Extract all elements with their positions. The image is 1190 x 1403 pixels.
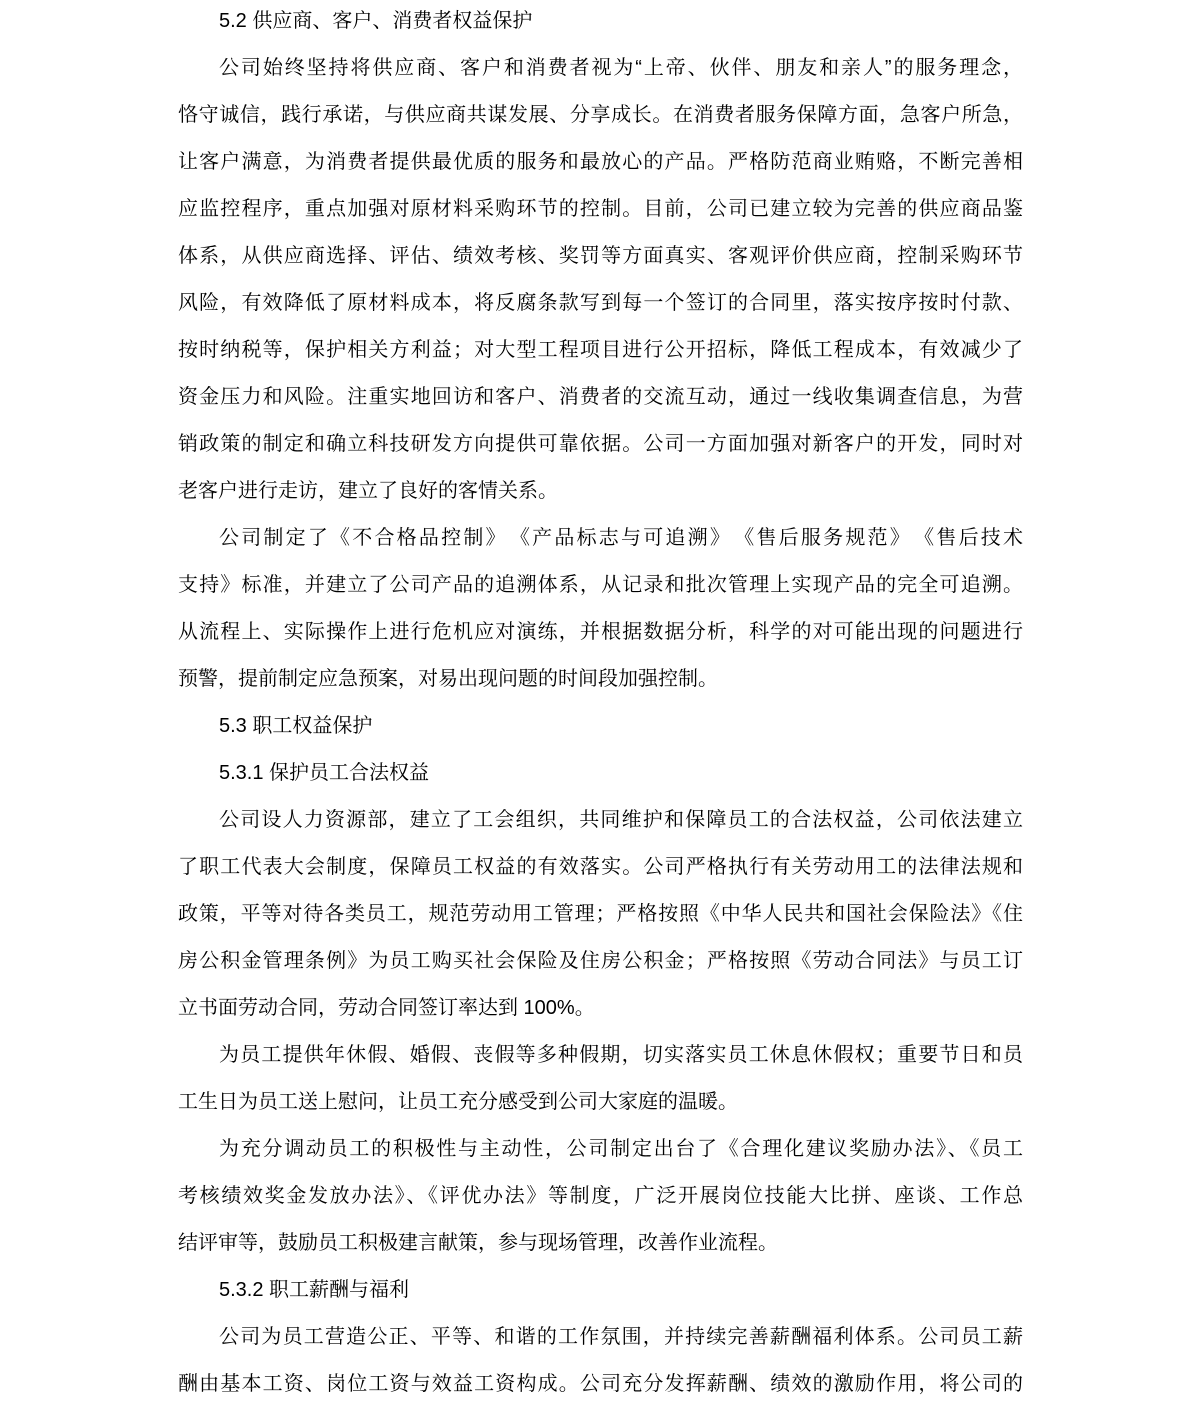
text-line: 为员工提供年休假、婚假、丧假等多种假期，切实落实员工休息休假权；重要节日和员 [178,1032,1023,1079]
paragraph: 为员工提供年休假、婚假、丧假等多种假期，切实落实员工休息休假权；重要节日和员 工… [178,1032,1023,1126]
text-line: 销政策的制定和确立科技研发方向提供可靠依据。公司一方面加强对新客户的开发，同时对 [178,421,1023,468]
text-line: 公司为员工营造公正、平等、和谐的工作氛围，并持续完善薪酬福利体系。公司员工薪 [178,1314,1023,1361]
document-content: 5.2 供应商、客户、消费者权益保护 公司始终坚持将供应商、客户和消费者视为“上… [178,0,1023,1403]
paragraph: 公司设人力资源部，建立了工会组织，共同维护和保障员工的合法权益，公司依法建立 了… [178,797,1023,1032]
text-line: 让客户满意，为消费者提供最优质的服务和最放心的产品。严格防范商业贿赂，不断完善相 [178,139,1023,186]
text-line: 酬由基本工资、岗位工资与效益工资构成。公司充分发挥薪酬、绩效的激励作用，将公司的 [178,1361,1023,1403]
section-heading-5-3: 5.3 职工权益保护 [178,703,1023,750]
section-heading-5-2: 5.2 供应商、客户、消费者权益保护 [178,0,1023,45]
text-line: 公司始终坚持将供应商、客户和消费者视为“上帝、伙伴、朋友和亲人”的服务理念， [178,45,1023,92]
document-page: 5.2 供应商、客户、消费者权益保护 公司始终坚持将供应商、客户和消费者视为“上… [0,0,1190,1403]
text-line: 应监控程序，重点加强对原材料采购环节的控制。目前，公司已建立较为完善的供应商品鉴 [178,186,1023,233]
section-heading-5-3-1: 5.3.1 保护员工合法权益 [178,750,1023,797]
text-line: 公司制定了《不合格品控制》 《产品标志与可追溯》 《售后服务规范》 《售后技术 [178,515,1023,562]
text-line: 体系，从供应商选择、评估、绩效考核、奖罚等方面真实、客观评价供应商，控制采购环节 [178,233,1023,280]
text-line: 了职工代表大会制度，保障员工权益的有效落实。公司严格执行有关劳动用工的法律法规和 [178,844,1023,891]
text-line: 工生日为员工送上慰问，让员工充分感受到公司大家庭的温暖。 [178,1079,1023,1126]
text-line: 预警，提前制定应急预案，对易出现问题的时间段加强控制。 [178,656,1023,703]
text-line: 立书面劳动合同，劳动合同签订率达到 100%。 [178,985,1023,1032]
text-line: 从流程上、实际操作上进行危机应对演练，并根据数据分析，科学的对可能出现的问题进行 [178,609,1023,656]
text-line: 政策，平等对待各类员工，规范劳动用工管理；严格按照《中华人民共和国社会保险法》《… [178,891,1023,938]
text-line: 房公积金管理条例》为员工购买社会保险及住房公积金；严格按照《劳动合同法》与员工订 [178,938,1023,985]
text-line: 老客户进行走访，建立了良好的客情关系。 [178,468,1023,515]
text-line: 结评审等，鼓励员工积极建言献策，参与现场管理，改善作业流程。 [178,1220,1023,1267]
paragraph: 公司为员工营造公正、平等、和谐的工作氛围，并持续完善薪酬福利体系。公司员工薪 酬… [178,1314,1023,1403]
paragraph: 公司制定了《不合格品控制》 《产品标志与可追溯》 《售后服务规范》 《售后技术 … [178,515,1023,703]
paragraph: 公司始终坚持将供应商、客户和消费者视为“上帝、伙伴、朋友和亲人”的服务理念， 恪… [178,45,1023,515]
text-line: 考核绩效奖金发放办法》、《评优办法》等制度，广泛开展岗位技能大比拼、座谈、工作总 [178,1173,1023,1220]
text-line: 支持》标准，并建立了公司产品的追溯体系，从记录和批次管理上实现产品的完全可追溯。 [178,562,1023,609]
text-line: 公司设人力资源部，建立了工会组织，共同维护和保障员工的合法权益，公司依法建立 [178,797,1023,844]
text-line: 资金压力和风险。注重实地回访和客户、消费者的交流互动，通过一线收集调查信息，为营 [178,374,1023,421]
section-heading-5-3-2: 5.3.2 职工薪酬与福利 [178,1267,1023,1314]
text-line: 为充分调动员工的积极性与主动性，公司制定出台了《合理化建议奖励办法》、《员工 [178,1126,1023,1173]
text-line: 风险，有效降低了原材料成本，将反腐条款写到每一个签订的合同里，落实按序按时付款、 [178,280,1023,327]
text-line: 恪守诚信，践行承诺，与供应商共谋发展、分享成长。在消费者服务保障方面，急客户所急… [178,92,1023,139]
paragraph: 为充分调动员工的积极性与主动性，公司制定出台了《合理化建议奖励办法》、《员工 考… [178,1126,1023,1267]
text-line: 按时纳税等，保护相关方利益；对大型工程项目进行公开招标，降低工程成本，有效减少了 [178,327,1023,374]
